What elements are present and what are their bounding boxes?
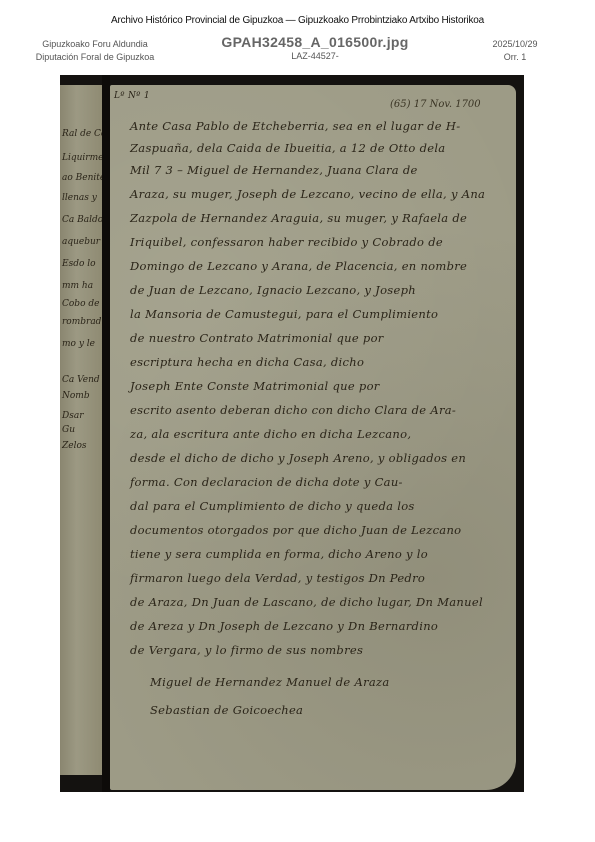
filename: GPAH32458_A_016500r.jpg bbox=[190, 34, 440, 50]
manuscript-line: za, ala escritura ante dicho en dicha Le… bbox=[130, 427, 411, 441]
document-date: 2025/10/29 bbox=[470, 38, 560, 51]
signature-line: Sebastian de Goicoechea bbox=[150, 703, 303, 717]
manuscript-line: de Juan de Lezcano, Ignacio Lezcano, y J… bbox=[130, 283, 416, 297]
left-page-edge: Ral de Comp Liquirmen ao Benitez llenas … bbox=[60, 85, 102, 775]
folio-mark: (65) 17 Nov. 1700 bbox=[390, 99, 481, 110]
manuscript-line: forma. Con declaracion de dicha dote y C… bbox=[130, 475, 403, 489]
manuscript-line: Araza, su muger, Joseph de Lezcano, veci… bbox=[130, 187, 485, 201]
manuscript-line: escrito asento deberan dicho con dicho C… bbox=[130, 403, 456, 417]
left-fragment: rombrad bbox=[62, 317, 101, 327]
left-fragment: Gu bbox=[62, 425, 75, 435]
reference-code: LAZ-44527- bbox=[190, 51, 440, 61]
left-fragment: mm ha bbox=[62, 281, 93, 291]
manuscript-line: Ante Casa Pablo de Etcheberria, sea en e… bbox=[130, 119, 460, 133]
manuscript-line: Zaspuaña, dela Caida de Ibueitia, a 12 d… bbox=[130, 141, 445, 155]
left-fragment: llenas y bbox=[62, 193, 97, 203]
manuscript-line: Zazpola de Hernandez Araguia, su muger, … bbox=[130, 211, 467, 225]
left-fragment: Cobo de bbox=[62, 299, 99, 309]
manuscript-line: de Areza y Dn Joseph de Lezcano y Dn Ber… bbox=[130, 619, 438, 633]
right-page: Lº Nº 1 (65) 17 Nov. 1700 Ante Casa Pabl… bbox=[110, 85, 516, 790]
book-gutter bbox=[102, 75, 110, 792]
institution-spanish: Diputación Foral de Gipuzkoa bbox=[10, 51, 180, 64]
manuscript-scan: Ral de Comp Liquirmen ao Benitez llenas … bbox=[60, 75, 524, 792]
manuscript-line: Joseph Ente Conste Matrimonial que por bbox=[130, 379, 380, 393]
left-fragment: mo y le bbox=[62, 339, 95, 349]
manuscript-line: firmaron luego dela Verdad, y testigos D… bbox=[130, 571, 425, 585]
signature-line: Miguel de Hernandez Manuel de Araza bbox=[150, 675, 390, 689]
manuscript-line: Iriquibel, confessaron haber recibido y … bbox=[130, 235, 443, 249]
manuscript-line: de Araza, Dn Juan de Lascano, de dicho l… bbox=[130, 595, 483, 609]
date-page-block: 2025/10/29 Orr. 1 bbox=[470, 38, 560, 64]
left-fragment: Esdo lo bbox=[62, 259, 96, 269]
manuscript-line: de Vergara, y lo firmo de sus nombres bbox=[130, 643, 363, 657]
left-fragment: aquebur bbox=[62, 237, 100, 247]
manuscript-line: documentos otorgados por que dicho Juan … bbox=[130, 523, 461, 537]
manuscript-line: Domingo de Lezcano y Arana, de Placencia… bbox=[130, 259, 467, 273]
manuscript-line: escriptura hecha en dicha Casa, dicho bbox=[130, 355, 364, 369]
left-fragment: Zelos bbox=[62, 441, 87, 451]
left-fragment: Dsar bbox=[62, 411, 84, 421]
manuscript-line: dal para el Cumplimiento de dicho y qued… bbox=[130, 499, 415, 513]
archive-title: Archivo Histórico Provincial de Gipuzkoa… bbox=[0, 15, 595, 26]
left-fragment: Ca Baldo bbox=[62, 215, 103, 225]
manuscript-line: desde el dicho de dicho y Joseph Areno, … bbox=[130, 451, 466, 465]
page-number: Orr. 1 bbox=[470, 51, 560, 64]
manuscript-line: Mil 7 3 – Miguel de Hernandez, Juana Cla… bbox=[130, 163, 418, 177]
left-fragment: Ca Vend bbox=[62, 375, 100, 385]
manuscript-line: tiene y sera cumplida en forma, dicho Ar… bbox=[130, 547, 428, 561]
manuscript-line: la Mansoria de Camustegui, para el Cumpl… bbox=[130, 307, 438, 321]
manuscript-line: de nuestro Contrato Matrimonial que por bbox=[130, 331, 384, 345]
left-fragment: Nomb bbox=[62, 391, 90, 401]
margin-note: Lº Nº 1 bbox=[114, 91, 150, 101]
institution-basque: Gipuzkoako Foru Aldundia bbox=[10, 38, 180, 51]
file-info: GPAH32458_A_016500r.jpg LAZ-44527- bbox=[190, 34, 440, 61]
institution-block: Gipuzkoako Foru Aldundia Diputación Fora… bbox=[10, 38, 180, 64]
